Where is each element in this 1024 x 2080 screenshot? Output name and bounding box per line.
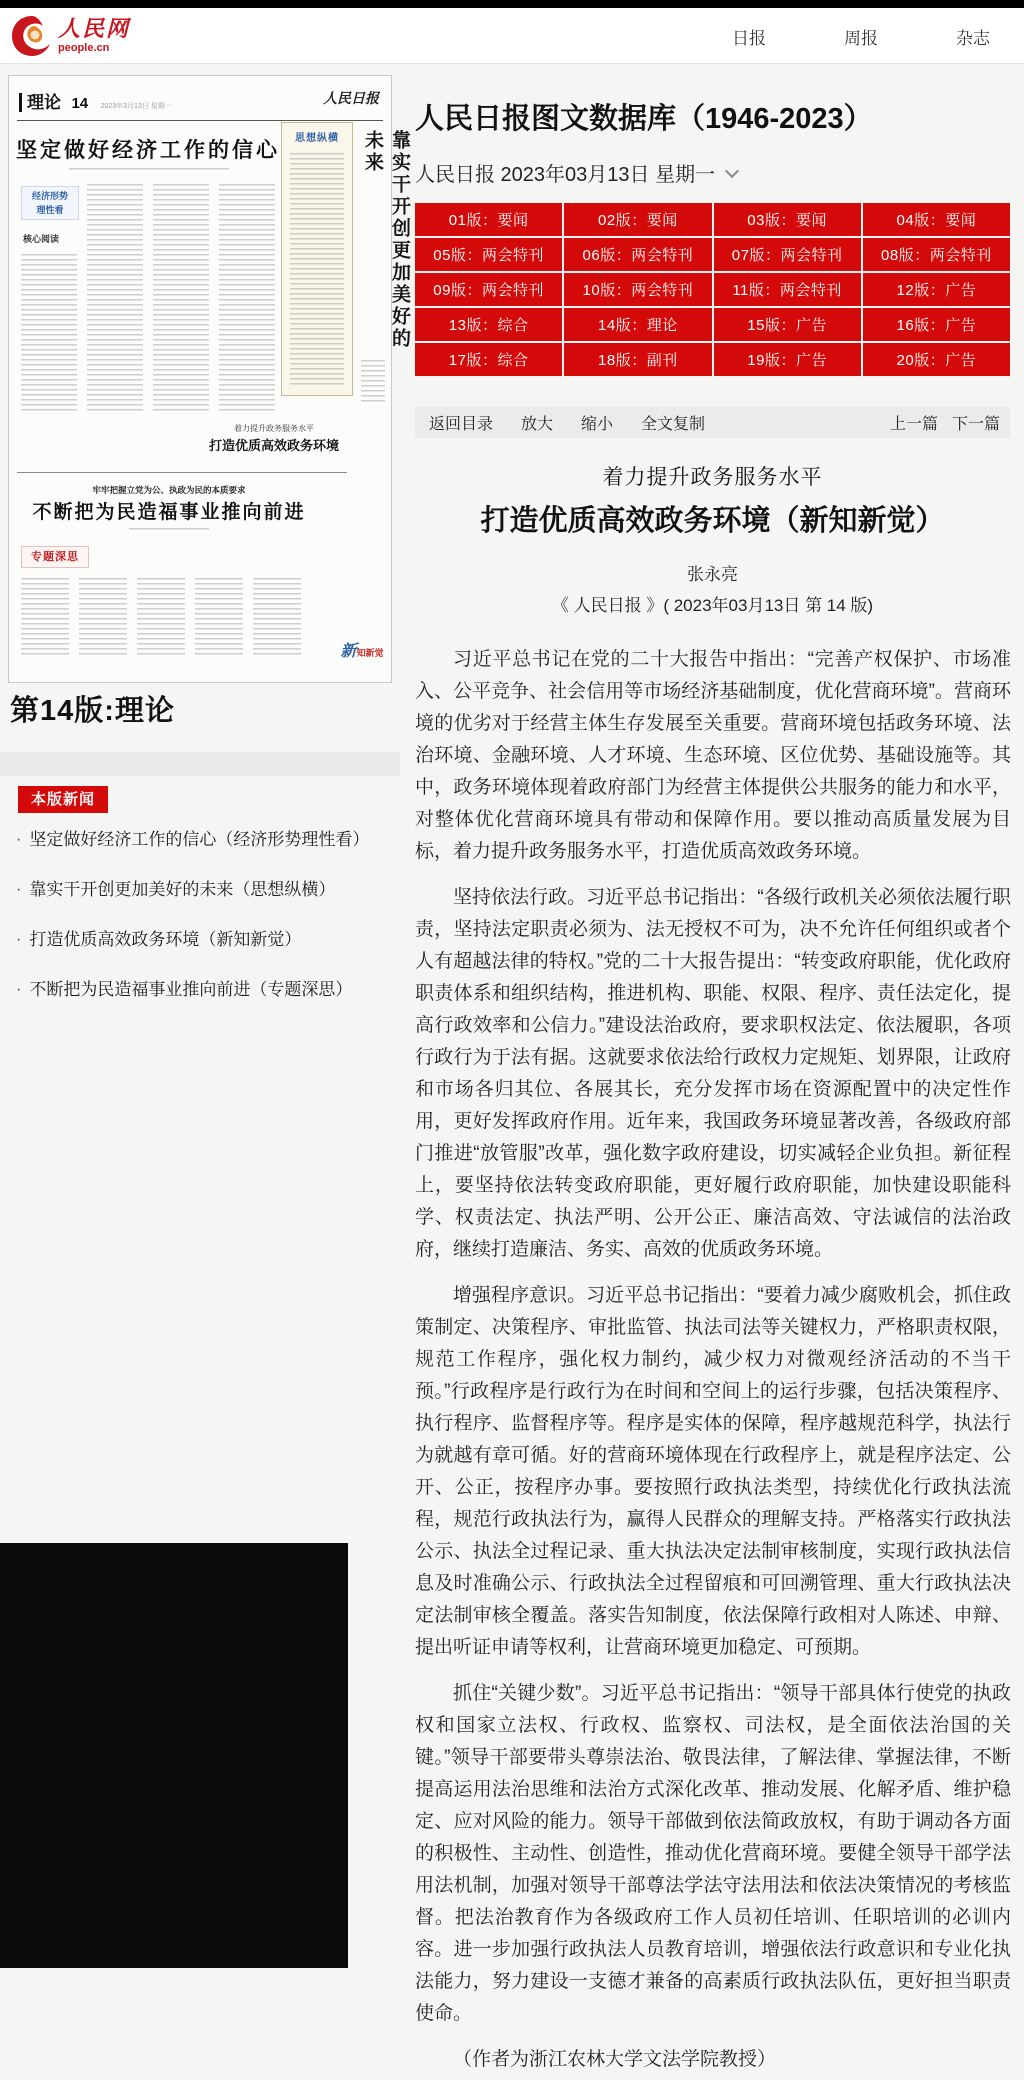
fake-text-column [219,184,275,414]
chevron-down-icon [725,163,739,177]
preview-economy-badge: 经济形势 理性看 [21,186,79,220]
article-paragraph: 抓住“关键少数”。习近平总书记指出：“领导干部具体行使党的执政权和国家立法权、行… [415,1678,1011,2030]
people-net-flame-icon [10,14,54,58]
preview-byline-2 [129,528,209,532]
new-badge-big: 新 [340,643,356,660]
top-black-bar [0,0,1024,8]
preview-date: 2023年3月13日 星期一 [101,103,172,110]
tab-weekly[interactable]: 周报 [844,24,878,49]
economy-badge-line1: 经济形势 [22,189,78,203]
preview-divider-line [17,472,347,473]
news-list-item[interactable]: · 靠实干开创更加美好的未来（思想纵横） [14,880,400,900]
fake-text-column [253,578,301,658]
fake-text-column [137,578,185,658]
fake-text-column [87,184,143,414]
page-cell-02[interactable]: 02版：要闻 [564,203,711,236]
logo-text: 人民网 people.cn [58,18,130,54]
preview-headline-2-kicker: 牢牢把握立党为公、执政为民的本质要求 [49,484,289,496]
page-cell-01[interactable]: 01版：要闻 [415,203,562,236]
preview-headline-3-kicker: 着力提升政务服务水平 [191,423,357,434]
article-kicker: 着力提升政务服务水平 [415,461,1010,491]
preview-core-label: 核心阅读 [23,232,59,245]
issue-date-label: 人民日报 2023年03月13日 星期一 [415,158,715,187]
article-paragraph: 习近平总书记在党的二十大报告中指出：“完善产权保护、市场准入、公平竞争、社会信用… [415,644,1011,868]
page-cell-03[interactable]: 03版：要闻 [714,203,861,236]
news-list-item[interactable]: · 坚定做好经济工作的信心（经济形势理性看） [14,830,400,850]
database-title: 人民日报图文数据库（1946-2023） [415,96,1015,137]
page-cell-15[interactable]: 15版：广告 [714,308,861,341]
news-item-label: 不断把为民造福事业推向前进（专题深思） [29,980,352,1000]
page-cell-13[interactable]: 13版：综合 [415,308,562,341]
page-heading: 第14版:理论 [10,688,175,729]
new-badge-small: 知新觉 [357,648,384,658]
page-cell-09[interactable]: 09版：两会特刊 [415,273,562,306]
page-cell-07[interactable]: 07版：两会特刊 [714,238,861,271]
previous-article-button[interactable]: 上一篇 [890,411,938,434]
bullet-icon: · [16,880,21,900]
header-tabs: 日报 周报 杂志 [732,8,990,64]
article-title: 打造优质高效政务环境（新知新觉） [405,498,1020,539]
issue-date-selector[interactable]: 人民日报 2023年03月13日 星期一 [415,158,737,187]
page-cell-05[interactable]: 05版：两会特刊 [415,238,562,271]
fake-text-column [21,254,77,414]
page: 人民网 people.cn 日报 周报 杂志 理论 14 2023年3月13日 … [0,0,1024,2080]
preview-page-number: 14 [71,95,88,112]
news-item-label: 打造优质高效政务环境（新知新觉） [29,930,301,950]
fake-text-column [195,578,243,658]
preview-column-badge: 思想纵横 [282,129,352,144]
people-net-logo[interactable]: 人民网 people.cn [10,14,130,58]
news-list-item[interactable]: · 不断把为民造福事业推向前进（专题深思） [14,980,400,1000]
preview-headline-3: 打造优质高效政务环境 [185,435,363,454]
site-header: 人民网 people.cn 日报 周报 杂志 [0,8,1024,64]
page-cell-11[interactable]: 11版：两会特刊 [714,273,861,306]
zoom-in-button[interactable]: 放大 [521,411,553,434]
bullet-icon: · [16,930,21,950]
news-item-label: 坚定做好经济工作的信心（经济形势理性看） [29,830,369,850]
page-cell-18[interactable]: 18版：副刊 [564,343,711,376]
bullet-icon: · [16,830,21,850]
toolbar-right-group: 上一篇 下一篇 [890,411,1010,434]
preview-rule [17,120,383,121]
economy-badge-line2: 理性看 [22,203,78,217]
article-author: 张永亮 [415,560,1010,585]
page-cell-16[interactable]: 16版：广告 [863,308,1010,341]
preview-topic-badge: 专题深思 [21,546,89,568]
section-news-badge: 本版新闻 [18,786,108,813]
preview-headline-1: 坚定做好经济工作的信心 [15,134,281,164]
bullet-icon: · [16,980,21,1000]
preview-section-label: 理论 [19,93,61,112]
article-paragraph: 坚持依法行政。习近平总书记指出：“各级行政机关必须依法履行职责，坚持法定职责必须… [415,882,1011,1266]
fake-text-column [153,184,209,414]
page-cell-19[interactable]: 19版：广告 [714,343,861,376]
page-cell-04[interactable]: 04版：要闻 [863,203,1010,236]
page-news-list: · 坚定做好经济工作的信心（经济形势理性看） · 靠实干开创更加美好的未来（思想… [14,830,400,1030]
fake-text-column [79,578,127,658]
article-author-note: （作者为浙江农林大学文法学院教授） [415,2044,1011,2076]
news-item-label: 靠实干开创更加美好的未来（思想纵横） [29,880,335,900]
page-cell-12[interactable]: 12版：广告 [863,273,1010,306]
copy-fulltext-button[interactable]: 全文复制 [641,411,705,434]
logo-subtitle: people.cn [58,43,130,54]
article-toolbar: 返回目录 放大 缩小 全文复制 上一篇 下一篇 [415,407,1010,438]
fake-text-column [361,360,385,402]
preview-headline-2: 不断把为民造福事业推向前进 [25,497,313,524]
page-cell-10[interactable]: 10版：两会特刊 [564,273,711,306]
preview-masthead: 理论 14 2023年3月13日 星期一 人民日报 [19,88,381,118]
tab-magazine[interactable]: 杂志 [956,24,990,49]
left-divider-band [0,752,400,776]
page-cell-20[interactable]: 20版：广告 [863,343,1010,376]
news-list-item[interactable]: · 打造优质高效政务环境（新知新觉） [14,930,400,950]
zoom-out-button[interactable]: 缩小 [581,411,613,434]
tab-daily[interactable]: 日报 [732,24,766,49]
preview-new-badge: 新知新觉 [337,638,387,664]
pages-grid: 01版：要闻 02版：要闻 03版：要闻 04版：要闻 05版：两会特刊 06版… [415,203,1010,376]
article-body: 习近平总书记在党的二十大报告中指出：“完善产权保护、市场准入、公平竞争、社会信用… [415,644,1011,2076]
page-cell-17[interactable]: 17版：综合 [415,343,562,376]
page-cell-06[interactable]: 06版：两会特刊 [564,238,711,271]
next-article-button[interactable]: 下一篇 [952,411,1000,434]
article-paragraph: 增强程序意识。习近平总书记指出：“要着力减少腐败机会，抓住政策制定、决策程序、审… [415,1280,1011,1664]
image-placeholder [0,1543,348,1968]
preview-brand: 人民日报 [323,88,379,108]
logo-title: 人民网 [58,18,130,40]
newspaper-page-preview[interactable]: 理论 14 2023年3月13日 星期一 人民日报 坚定做好经济工作的信心 经济… [8,75,392,683]
page-cell-14[interactable]: 14版：理论 [564,308,711,341]
article-source: 《 人民日报 》( 2023年03月13日 第 14 版) [415,591,1010,616]
fake-text-column [290,153,344,385]
preview-boxed-column: 思想纵横 [281,122,353,396]
fake-text-column [21,578,69,658]
preview-byline-1 [69,168,229,173]
back-to-index-button[interactable]: 返回目录 [429,411,493,434]
page-cell-08[interactable]: 08版：两会特刊 [863,238,1010,271]
preview-vertical-headline: 靠实干开创更加美好的未来 [359,130,413,352]
